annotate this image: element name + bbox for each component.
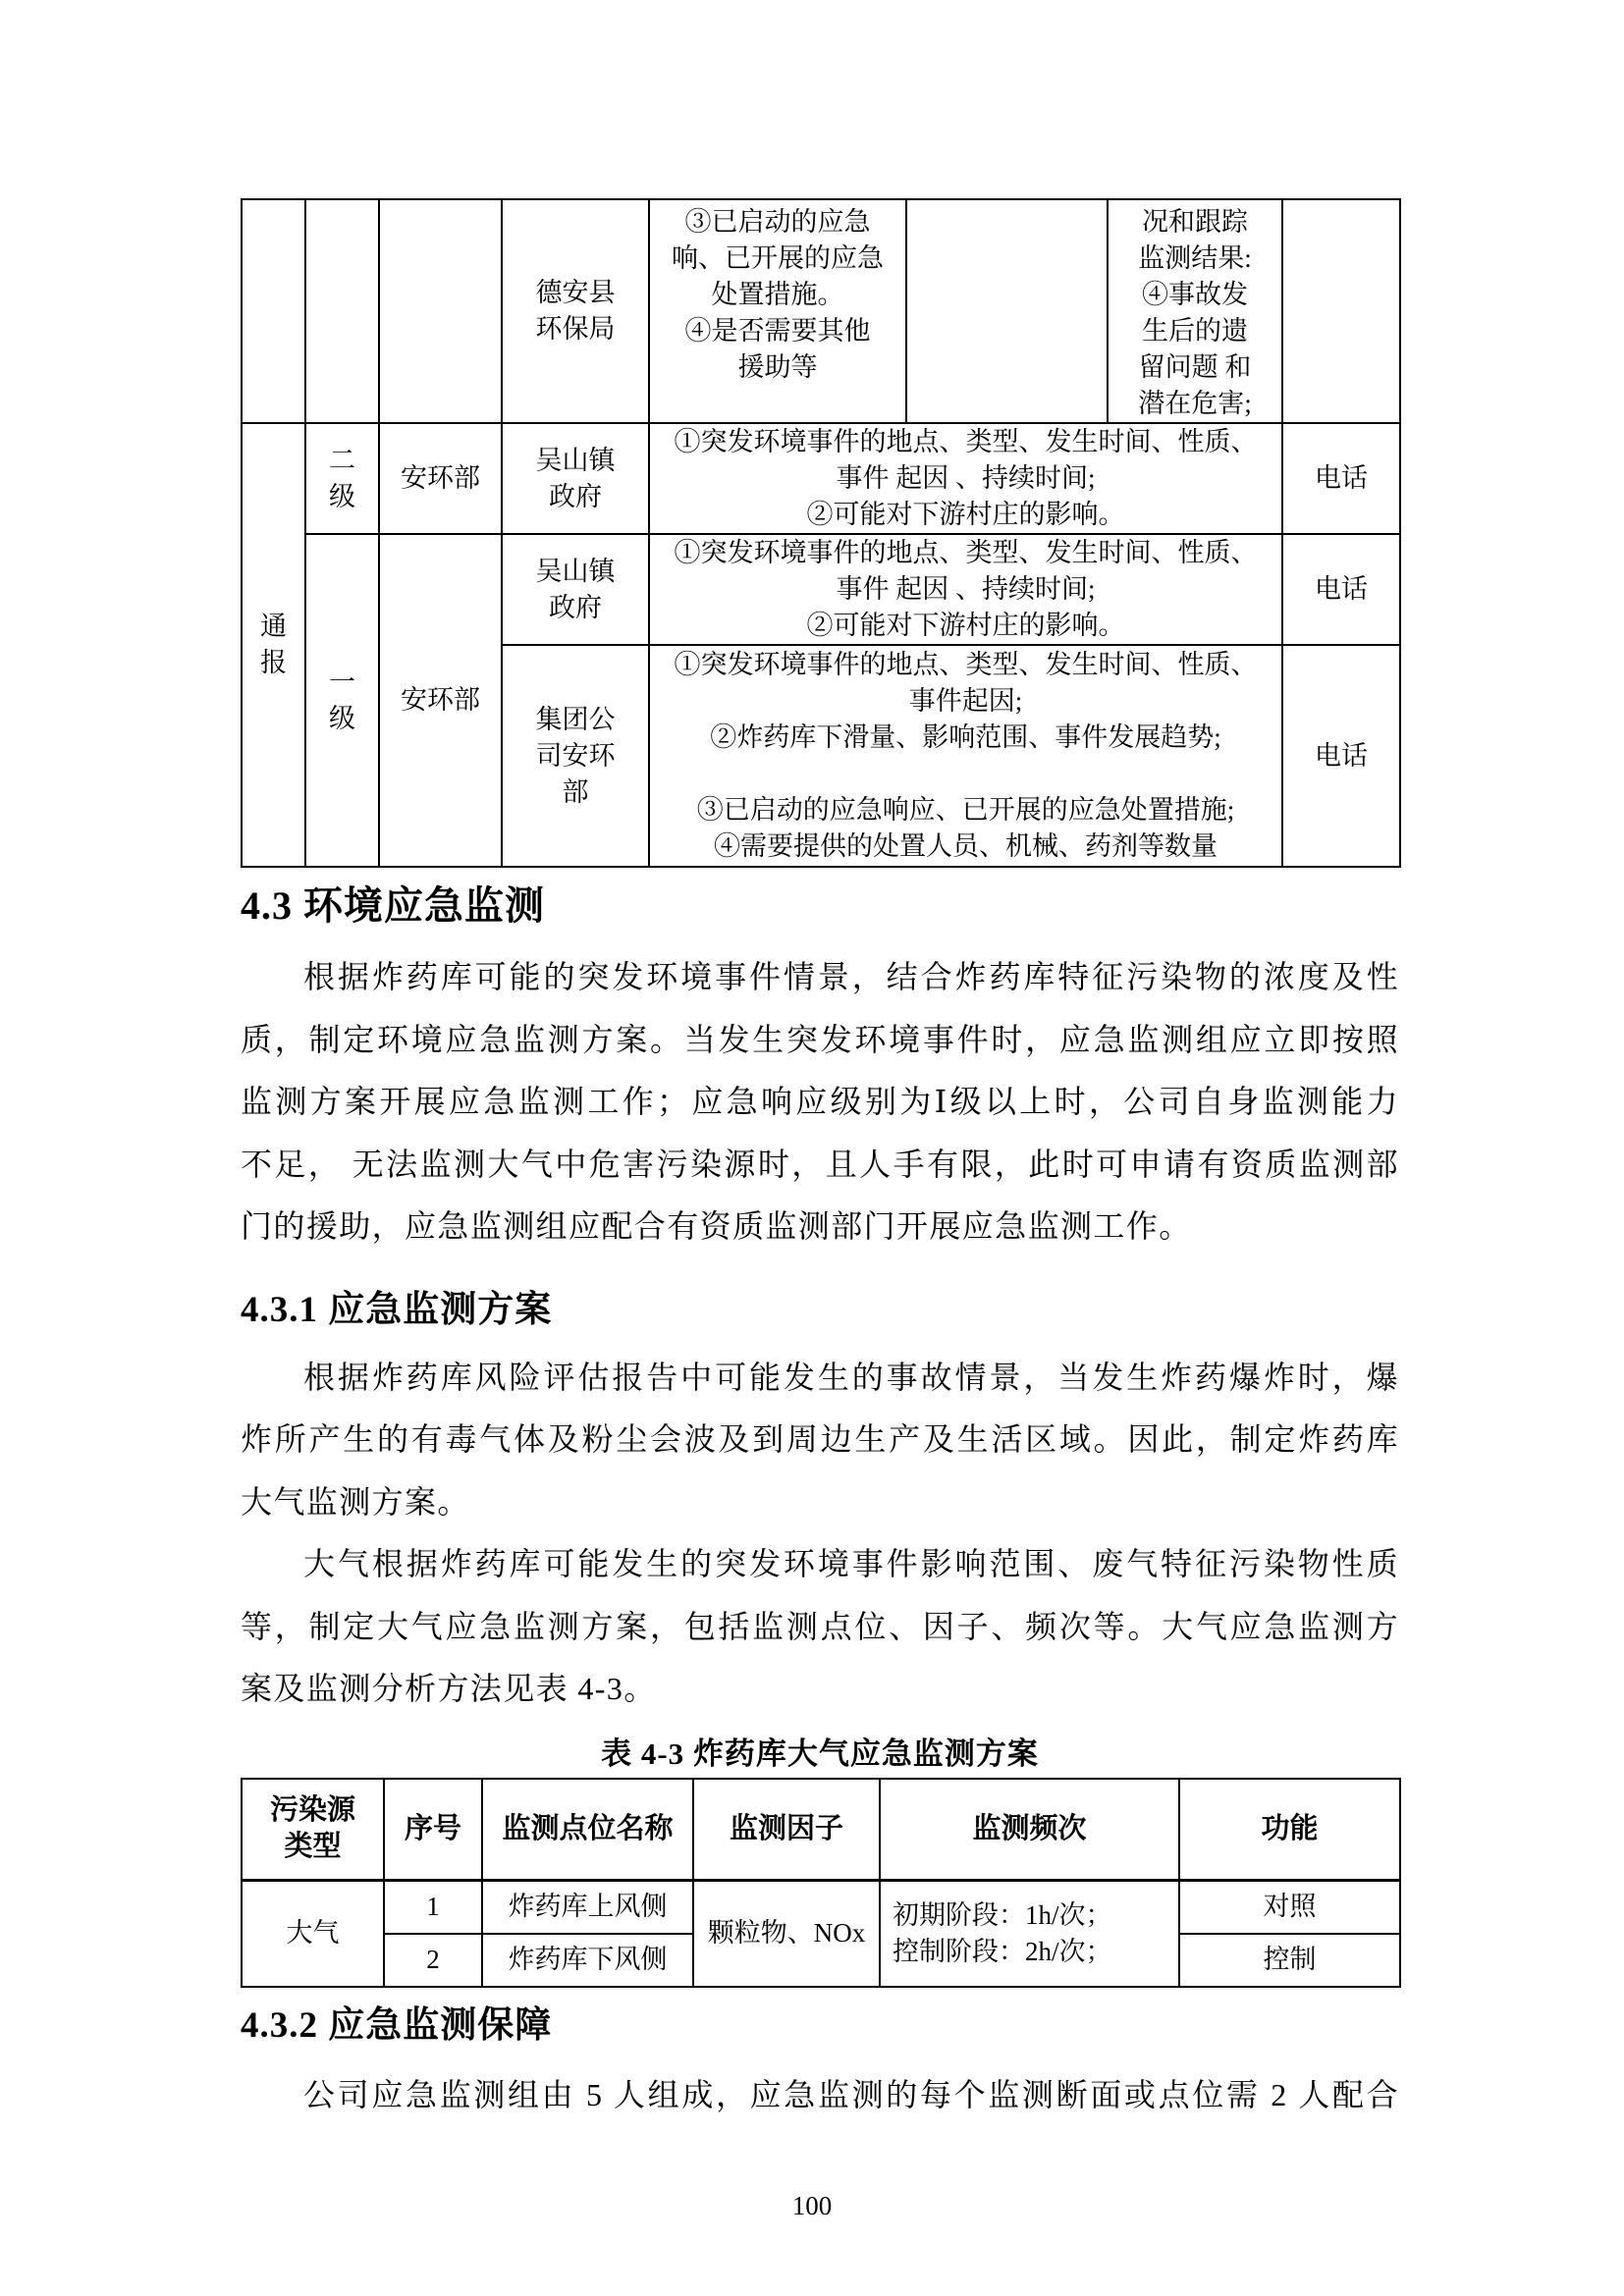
point-cell: 炸药库上风侧 <box>482 1881 693 1934</box>
paragraph-last-line: 案及监测分析方法见表 4-3。 <box>241 1658 1399 1721</box>
no-cell: 1 <box>384 1881 482 1934</box>
items-cell: ③已启动的应急 响、已开展的应急 处置措施。 ④是否需要其他 援助等 <box>649 199 906 423</box>
table-4-3-caption: 表 4-3 炸药库大气应急监测方案 <box>241 1735 1399 1774</box>
org-cell: 吴山镇 政府 <box>502 423 649 534</box>
col-header-source-type: 污染源 类型 <box>242 1779 384 1881</box>
items-cell: ①突发环境事件的地点、类型、发生时间、性质、 事件 起因 、持续时间; ②可能对… <box>649 534 1282 645</box>
paragraph-body: 大气根据炸药库可能发生的突发环境事件影响范围、废气特征污染物性质 等，制定大气应… <box>241 1533 1399 1658</box>
paragraph-body: 根据炸药库风险评估报告中可能发生的事故情景，当发生炸药爆炸时，爆 炸所产生的有毒… <box>241 1347 1399 1471</box>
method-cell: 电话 <box>1282 423 1400 534</box>
monitoring-table: 污染源 类型 序号 监测点位名称 监测因子 监测频次 功能 大气 1 炸药库上风… <box>241 1778 1401 1988</box>
table-row: 通 报 二 级 安环部 吴山镇 政府 ①突发环境事件的地点、类型、发生时间、性质… <box>242 423 1400 534</box>
col-header-function: 功能 <box>1179 1779 1400 1881</box>
paragraph-4-3: 根据炸药库可能的突发环境事件情景，结合炸药库特征污染物的浓度及性 质，制定环境应… <box>241 946 1399 1258</box>
paragraph-body: 根据炸药库可能的突发环境事件情景，结合炸药库特征污染物的浓度及性 质，制定环境应… <box>241 946 1399 1196</box>
section-heading-4-3: 4.3 环境应急监测 <box>241 881 1399 931</box>
paragraph-4-3-2: 公司应急监测组由 5 人组成，应急监测的每个监测断面或点位需 2 人配合 <box>241 2064 1399 2127</box>
paragraph-4-3-1-b: 大气根据炸药库可能发生的突发环境事件影响范围、废气特征污染物性质 等，制定大气应… <box>241 1533 1399 1721</box>
empty-cell <box>379 199 502 423</box>
table-row: 大气 1 炸药库上风侧 颗粒物、NOx 初期阶段：1h/次； 控制阶段：2h/次… <box>242 1881 1400 1934</box>
table-header-row: 污染源 类型 序号 监测点位名称 监测因子 监测频次 功能 <box>242 1779 1400 1881</box>
level-cell: 一 级 <box>305 534 379 867</box>
frequency-cell: 初期阶段：1h/次； 控制阶段：2h/次； <box>880 1881 1179 1987</box>
org-cell: 集团公 司安环 部 <box>502 645 649 867</box>
empty-cell <box>305 199 379 423</box>
method-cell: 电话 <box>1282 534 1400 645</box>
function-cell: 对照 <box>1179 1881 1400 1934</box>
dept-cell: 安环部 <box>379 534 502 867</box>
level-cell: 二 级 <box>305 423 379 534</box>
org-cell: 德安县 环保局 <box>502 199 649 423</box>
point-cell: 炸药库下风侧 <box>482 1934 693 1987</box>
col-header-point-name: 监测点位名称 <box>482 1779 693 1881</box>
col-header-no: 序号 <box>384 1779 482 1881</box>
org-cell: 吴山镇 政府 <box>502 534 649 645</box>
empty-cell <box>242 199 305 423</box>
table-row: 德安县 环保局 ③已启动的应急 响、已开展的应急 处置措施。 ④是否需要其他 援… <box>242 199 1400 423</box>
paragraph-4-3-1-a: 根据炸药库风险评估报告中可能发生的事故情景，当发生炸药爆炸时，爆 炸所产生的有毒… <box>241 1347 1399 1534</box>
table-row: 一 级 安环部 吴山镇 政府 ①突发环境事件的地点、类型、发生时间、性质、 事件… <box>242 534 1400 645</box>
factor-cell: 颗粒物、NOx <box>693 1881 880 1987</box>
items-cell: ①突发环境事件的地点、类型、发生时间、性质、 事件起因; ②炸药库下滑量、影响范… <box>649 645 1282 867</box>
method-cell: 电话 <box>1282 645 1400 867</box>
empty-cell <box>906 199 1108 423</box>
section-heading-4-3-2: 4.3.2 应急监测保障 <box>241 2003 1399 2049</box>
dept-cell: 安环部 <box>379 423 502 534</box>
col-header-factor: 监测因子 <box>693 1779 880 1881</box>
paragraph-last-line: 大气监测方案。 <box>241 1471 1399 1534</box>
paragraph-last-line: 门的援助，应急监测组应配合有资质监测部门开展应急监测工作。 <box>241 1196 1399 1258</box>
items-cell: ①突发环境事件的地点、类型、发生时间、性质、 事件 起因 、持续时间; ②可能对… <box>649 423 1282 534</box>
function-cell: 控制 <box>1179 1934 1400 1987</box>
no-cell: 2 <box>384 1934 482 1987</box>
source-type-cell: 大气 <box>242 1881 384 1987</box>
page-number: 100 <box>0 2191 1624 2221</box>
notify-group-label: 通 报 <box>242 423 305 867</box>
col-header-frequency: 监测频次 <box>880 1779 1179 1881</box>
items-cell-2: 况和跟踪 监测结果: ④事故发 生后的遗 留问题 和 潜在危害; <box>1108 199 1282 423</box>
page-content: 德安县 环保局 ③已启动的应急 响、已开展的应急 处置措施。 ④是否需要其他 援… <box>241 198 1399 2126</box>
document-page: 德安县 环保局 ③已启动的应急 响、已开展的应急 处置措施。 ④是否需要其他 援… <box>0 0 1624 2296</box>
empty-cell <box>1282 199 1400 423</box>
paragraph-body: 公司应急监测组由 5 人组成，应急监测的每个监测断面或点位需 2 人配合 <box>241 2064 1399 2127</box>
section-heading-4-3-1: 4.3.1 应急监测方案 <box>241 1288 1399 1333</box>
notification-table: 德安县 环保局 ③已启动的应急 响、已开展的应急 处置措施。 ④是否需要其他 援… <box>241 198 1401 868</box>
